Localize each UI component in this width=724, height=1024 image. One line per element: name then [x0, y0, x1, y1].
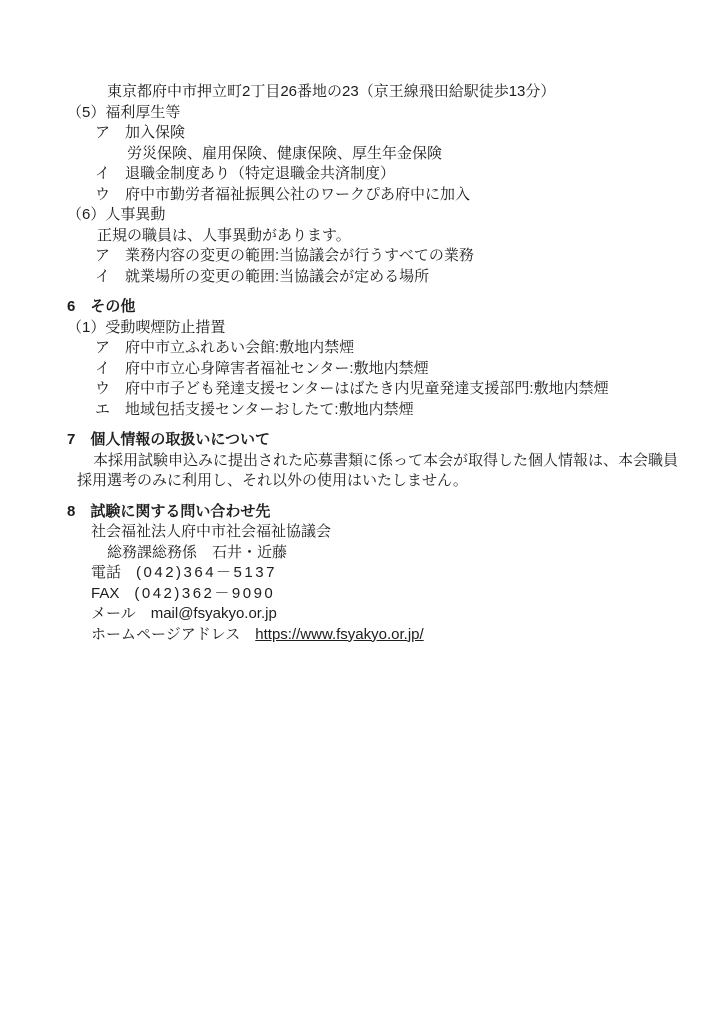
text-run: ホームページアドレス	[91, 626, 255, 643]
text-run: (042)362－9090	[134, 585, 275, 602]
text-run: (042)364－5137	[136, 564, 277, 581]
text-run: 採用選考のみに利用し、それ以外の使用はいたしません。	[77, 472, 468, 489]
item-5-a-insurance: ア 加入保険	[67, 123, 704, 144]
text-run: 7 個人情報の取扱いについて	[67, 431, 270, 448]
text-run: イ 就業場所の変更の範囲:当協議会が定める場所	[95, 268, 429, 285]
contact-fax: FAX (042)362－9090	[67, 584, 704, 605]
text-run: 8 試験に関する問い合わせ先	[67, 503, 270, 520]
text-run: メール mail@fsyakyo.or.jp	[91, 605, 277, 622]
item-6-i-location-scope: イ 就業場所の変更の範囲:当協議会が定める場所	[67, 267, 704, 288]
item-5-welfare-heading: （5）福利厚生等	[67, 103, 704, 124]
section-6-heading: 6 その他	[67, 297, 704, 318]
text-run: 社会福祉法人府中市社会福祉協議会	[91, 523, 331, 540]
text-run: 東京都府中市押立町2丁目26番地の23（京王線飛田給駅徒歩13分）	[107, 83, 555, 100]
text-run: ア 府中市立ふれあい会館:敷地内禁煙	[95, 339, 354, 356]
text-run: （6）人事異動	[67, 206, 165, 223]
address-line: 東京都府中市押立町2丁目26番地の23（京王線飛田給駅徒歩13分）	[67, 82, 704, 103]
privacy-text-line-2: 採用選考のみに利用し、それ以外の使用はいたしません。	[67, 471, 704, 492]
item-6-personnel-heading: （6）人事異動	[67, 205, 704, 226]
section-7-heading: 7 個人情報の取扱いについて	[67, 430, 704, 451]
contact-persons: 総務課総務係 石井・近藤	[67, 543, 704, 564]
text-run: ウ 府中市勤労者福祉振興公社のワークぴあ府中に加入	[95, 186, 470, 203]
text-run: イ 退職金制度あり（特定退職金共済制度）	[95, 165, 395, 182]
contact-organization: 社会福祉法人府中市社会福祉協議会	[67, 522, 704, 543]
item-5-u-workpia: ウ 府中市勤労者福祉振興公社のワークぴあ府中に加入	[67, 185, 704, 206]
text-run: 正規の職員は、人事異動があります。	[97, 227, 351, 244]
text-run: ウ 府中市子ども発達支援センターはばたき内児童発達支援部門:敷地内禁煙	[95, 380, 609, 397]
text-run: （5）福利厚生等	[67, 104, 180, 121]
insurance-list: 労災保険、雇用保険、健康保険、厚生年金保険	[67, 144, 704, 165]
smoking-measures-heading: （1）受動喫煙防止措置	[67, 318, 704, 339]
text-run: ア 業務内容の変更の範囲:当協議会が行うすべての業務	[95, 247, 474, 264]
text-run: 6 その他	[67, 298, 135, 315]
personnel-note: 正規の職員は、人事異動があります。	[67, 226, 704, 247]
item-5-i-retirement: イ 退職金制度あり（特定退職金共済制度）	[67, 164, 704, 185]
section-8-heading: 8 試験に関する問い合わせ先	[67, 502, 704, 523]
homepage-url-link[interactable]: https://www.fsyakyo.or.jp/	[255, 626, 423, 643]
text-run: ア 加入保険	[95, 124, 185, 141]
smoking-u-habataki: ウ 府中市子ども発達支援センターはばたき内児童発達支援部門:敷地内禁煙	[67, 379, 704, 400]
smoking-e-oshitate: エ 地域包括支援センターおしたて:敷地内禁煙	[67, 400, 704, 421]
contact-homepage: ホームページアドレス https://www.fsyakyo.or.jp/	[67, 625, 704, 646]
privacy-text-line-1: 本採用試験申込みに提出された応募書類に係って本会が取得した個人情報は、本会職員	[67, 451, 704, 472]
smoking-a-fureai: ア 府中市立ふれあい会館:敷地内禁煙	[67, 338, 704, 359]
text-run: 電話	[91, 564, 136, 581]
text-run: イ 府中市立心身障害者福祉センター:敷地内禁煙	[95, 360, 429, 377]
contact-email: メール mail@fsyakyo.or.jp	[67, 604, 704, 625]
text-run: 本採用試験申込みに提出された応募書類に係って本会が取得した個人情報は、本会職員	[93, 452, 678, 469]
document-page: 東京都府中市押立町2丁目26番地の23（京王線飛田給駅徒歩13分）（5）福利厚生…	[0, 0, 724, 1024]
contact-phone: 電話 (042)364－5137	[67, 563, 704, 584]
item-6-a-duties-scope: ア 業務内容の変更の範囲:当協議会が行うすべての業務	[67, 246, 704, 267]
text-run: エ 地域包括支援センターおしたて:敷地内禁煙	[95, 401, 414, 418]
text-run: 総務課総務係 石井・近藤	[107, 544, 287, 561]
text-run: 労災保険、雇用保険、健康保険、厚生年金保険	[127, 145, 442, 162]
text-run: FAX	[91, 585, 134, 602]
text-run: （1）受動喫煙防止措置	[67, 319, 225, 336]
smoking-i-shinshin: イ 府中市立心身障害者福祉センター:敷地内禁煙	[67, 359, 704, 380]
